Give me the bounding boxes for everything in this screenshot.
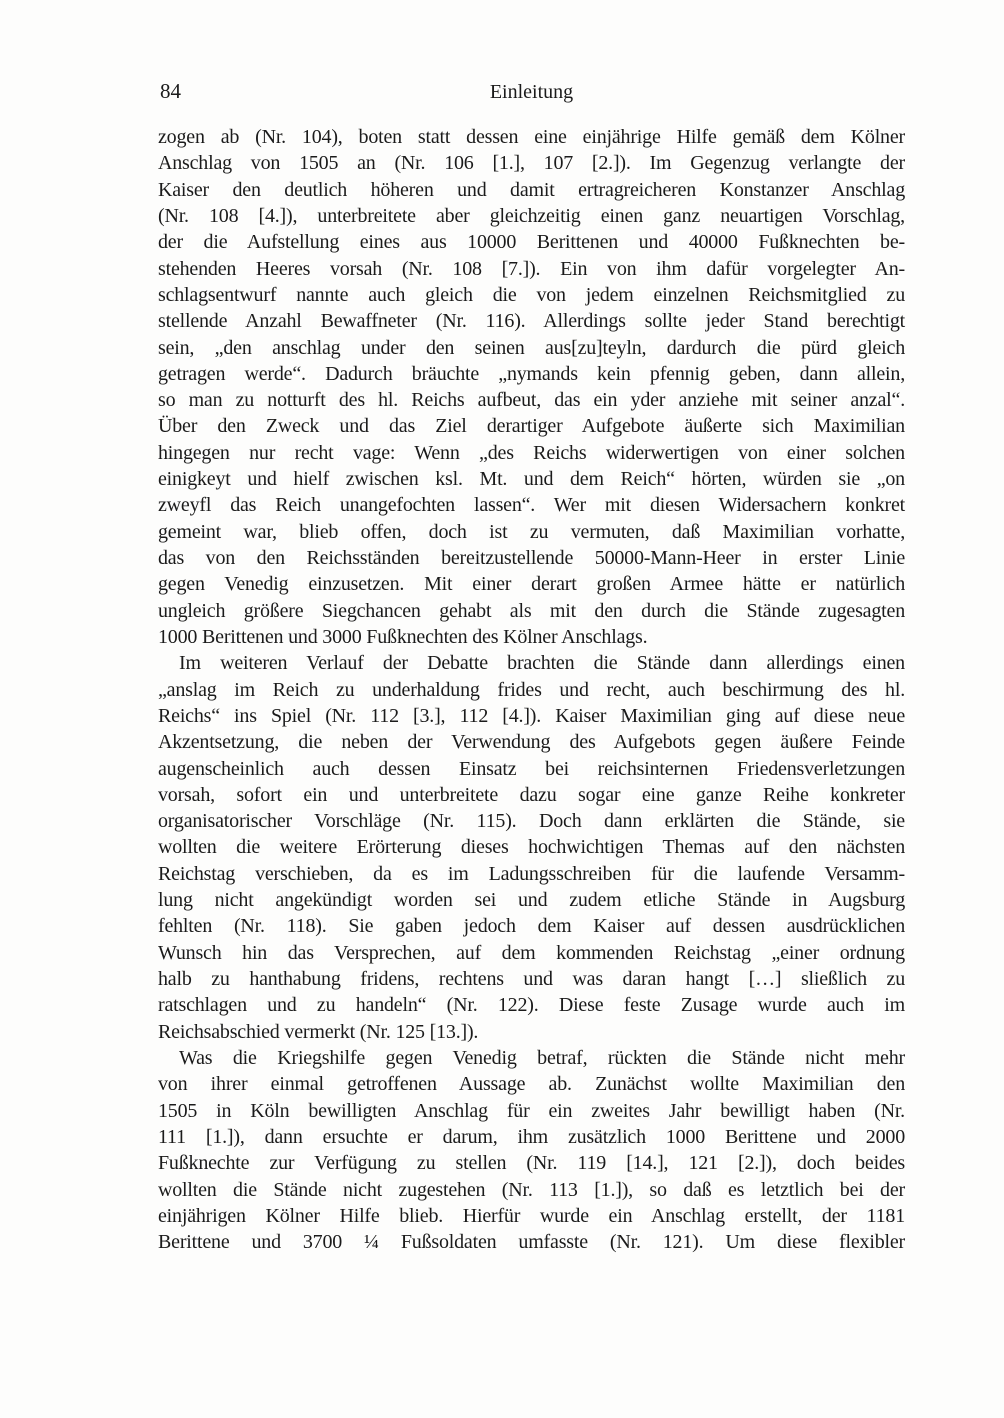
text-line: getragen werde“. Dadurch bräuchte „nyman…: [158, 361, 905, 387]
text-line: gemeint war, blieb offen, doch ist zu ve…: [158, 519, 905, 545]
text-line: gegen Venedig einzusetzen. Mit einer der…: [158, 571, 905, 597]
text-line: zogen ab (Nr. 104), boten statt dessen e…: [158, 124, 905, 150]
text-line: augenscheinlich auch dessen Einsatz bei …: [158, 756, 905, 782]
page-header: 84 Einleitung: [158, 78, 905, 105]
text-line: Akzentsetzung, die neben der Verwendung …: [158, 729, 905, 755]
text-block: zogen ab (Nr. 104), boten statt dessen e…: [158, 124, 905, 1255]
text-line: hingegen nur recht vage: Wenn „des Reich…: [158, 440, 905, 466]
text-line: Über den Zweck und das Ziel derartiger A…: [158, 413, 905, 439]
text-line: ungleich größere Siegchancen gehabt als …: [158, 598, 905, 624]
text-line: lung nicht angekündigt worden sei und zu…: [158, 887, 905, 913]
text-line: ratschlagen und zu handeln“ (Nr. 122). D…: [158, 992, 905, 1018]
text-line: Reichstag verschieben, da es im Ladungss…: [158, 861, 905, 887]
paragraph: Was die Kriegshilfe gegen Venedig betraf…: [158, 1045, 905, 1256]
text-line: zweyfl das Reich unangefochten lassen“. …: [158, 492, 905, 518]
text-line: wollten die weitere Erörterung dieses ho…: [158, 834, 905, 860]
text-line: Reichsabschied vermerkt (Nr. 125 [13.]).: [158, 1019, 905, 1045]
text-line: Fußknechte zur Verfügung zu stellen (Nr.…: [158, 1150, 905, 1176]
text-line: Wunsch hin das Versprechen, auf dem komm…: [158, 940, 905, 966]
text-line: einigkeyt und hielf zwischen ksl. Mt. un…: [158, 466, 905, 492]
text-line: Anschlag von 1505 an (Nr. 106 [1.], 107 …: [158, 150, 905, 176]
text-line: (Nr. 108 [4.]), unterbreitete aber gleic…: [158, 203, 905, 229]
text-line: Kaiser den deutlich höheren und damit er…: [158, 177, 905, 203]
paragraph: zogen ab (Nr. 104), boten statt dessen e…: [158, 124, 905, 650]
text-line: Reichs“ ins Spiel (Nr. 112 [3.], 112 [4.…: [158, 703, 905, 729]
text-line: Im weiteren Verlauf der Debatte brachten…: [158, 650, 905, 676]
text-line: 1505 in Köln bewilligten Anschlag für ei…: [158, 1098, 905, 1124]
text-line: wollten die Stände nicht zugestehen (Nr.…: [158, 1177, 905, 1203]
text-line: Berittene und 3700 ¼ Fußsoldaten umfasst…: [158, 1229, 905, 1255]
text-line: von ihrer einmal getroffenen Aussage ab.…: [158, 1071, 905, 1097]
text-line: einjährigen Kölner Hilfe blieb. Hierfür …: [158, 1203, 905, 1229]
text-line: stellende Anzahl Bewaffneter (Nr. 116). …: [158, 308, 905, 334]
text-line: so man zu notturft des hl. Reichs aufbeu…: [158, 387, 905, 413]
paragraph: Im weiteren Verlauf der Debatte brachten…: [158, 650, 905, 1045]
text-line: vorsah, sofort ein und unterbreitete daz…: [158, 782, 905, 808]
text-line: organisatorischer Vorschläge (Nr. 115). …: [158, 808, 905, 834]
text-line: der die Aufstellung eines aus 10000 Beri…: [158, 229, 905, 255]
text-line: „anslag im Reich zu underhaldung frides …: [158, 677, 905, 703]
text-line: fehlten (Nr. 118). Sie gaben jedoch dem …: [158, 913, 905, 939]
text-line: 1000 Berittenen und 3000 Fußknechten des…: [158, 624, 905, 650]
running-title: Einleitung: [158, 79, 905, 105]
text-line: halb zu hanthabung fridens, rechtens und…: [158, 966, 905, 992]
text-line: das von den Reichsständen bereitzustelle…: [158, 545, 905, 571]
text-line: Was die Kriegshilfe gegen Venedig betraf…: [158, 1045, 905, 1071]
text-line: 111 [1.]), dann ersuchte er darum, ihm z…: [158, 1124, 905, 1150]
text-line: stehenden Heeres vorsah (Nr. 108 [7.]). …: [158, 256, 905, 282]
text-line: sein, „den anschlag under den seinen aus…: [158, 335, 905, 361]
text-line: schlagsentwurf nannte auch gleich die vo…: [158, 282, 905, 308]
book-page: 84 Einleitung zogen ab (Nr. 104), boten …: [0, 0, 1004, 1418]
